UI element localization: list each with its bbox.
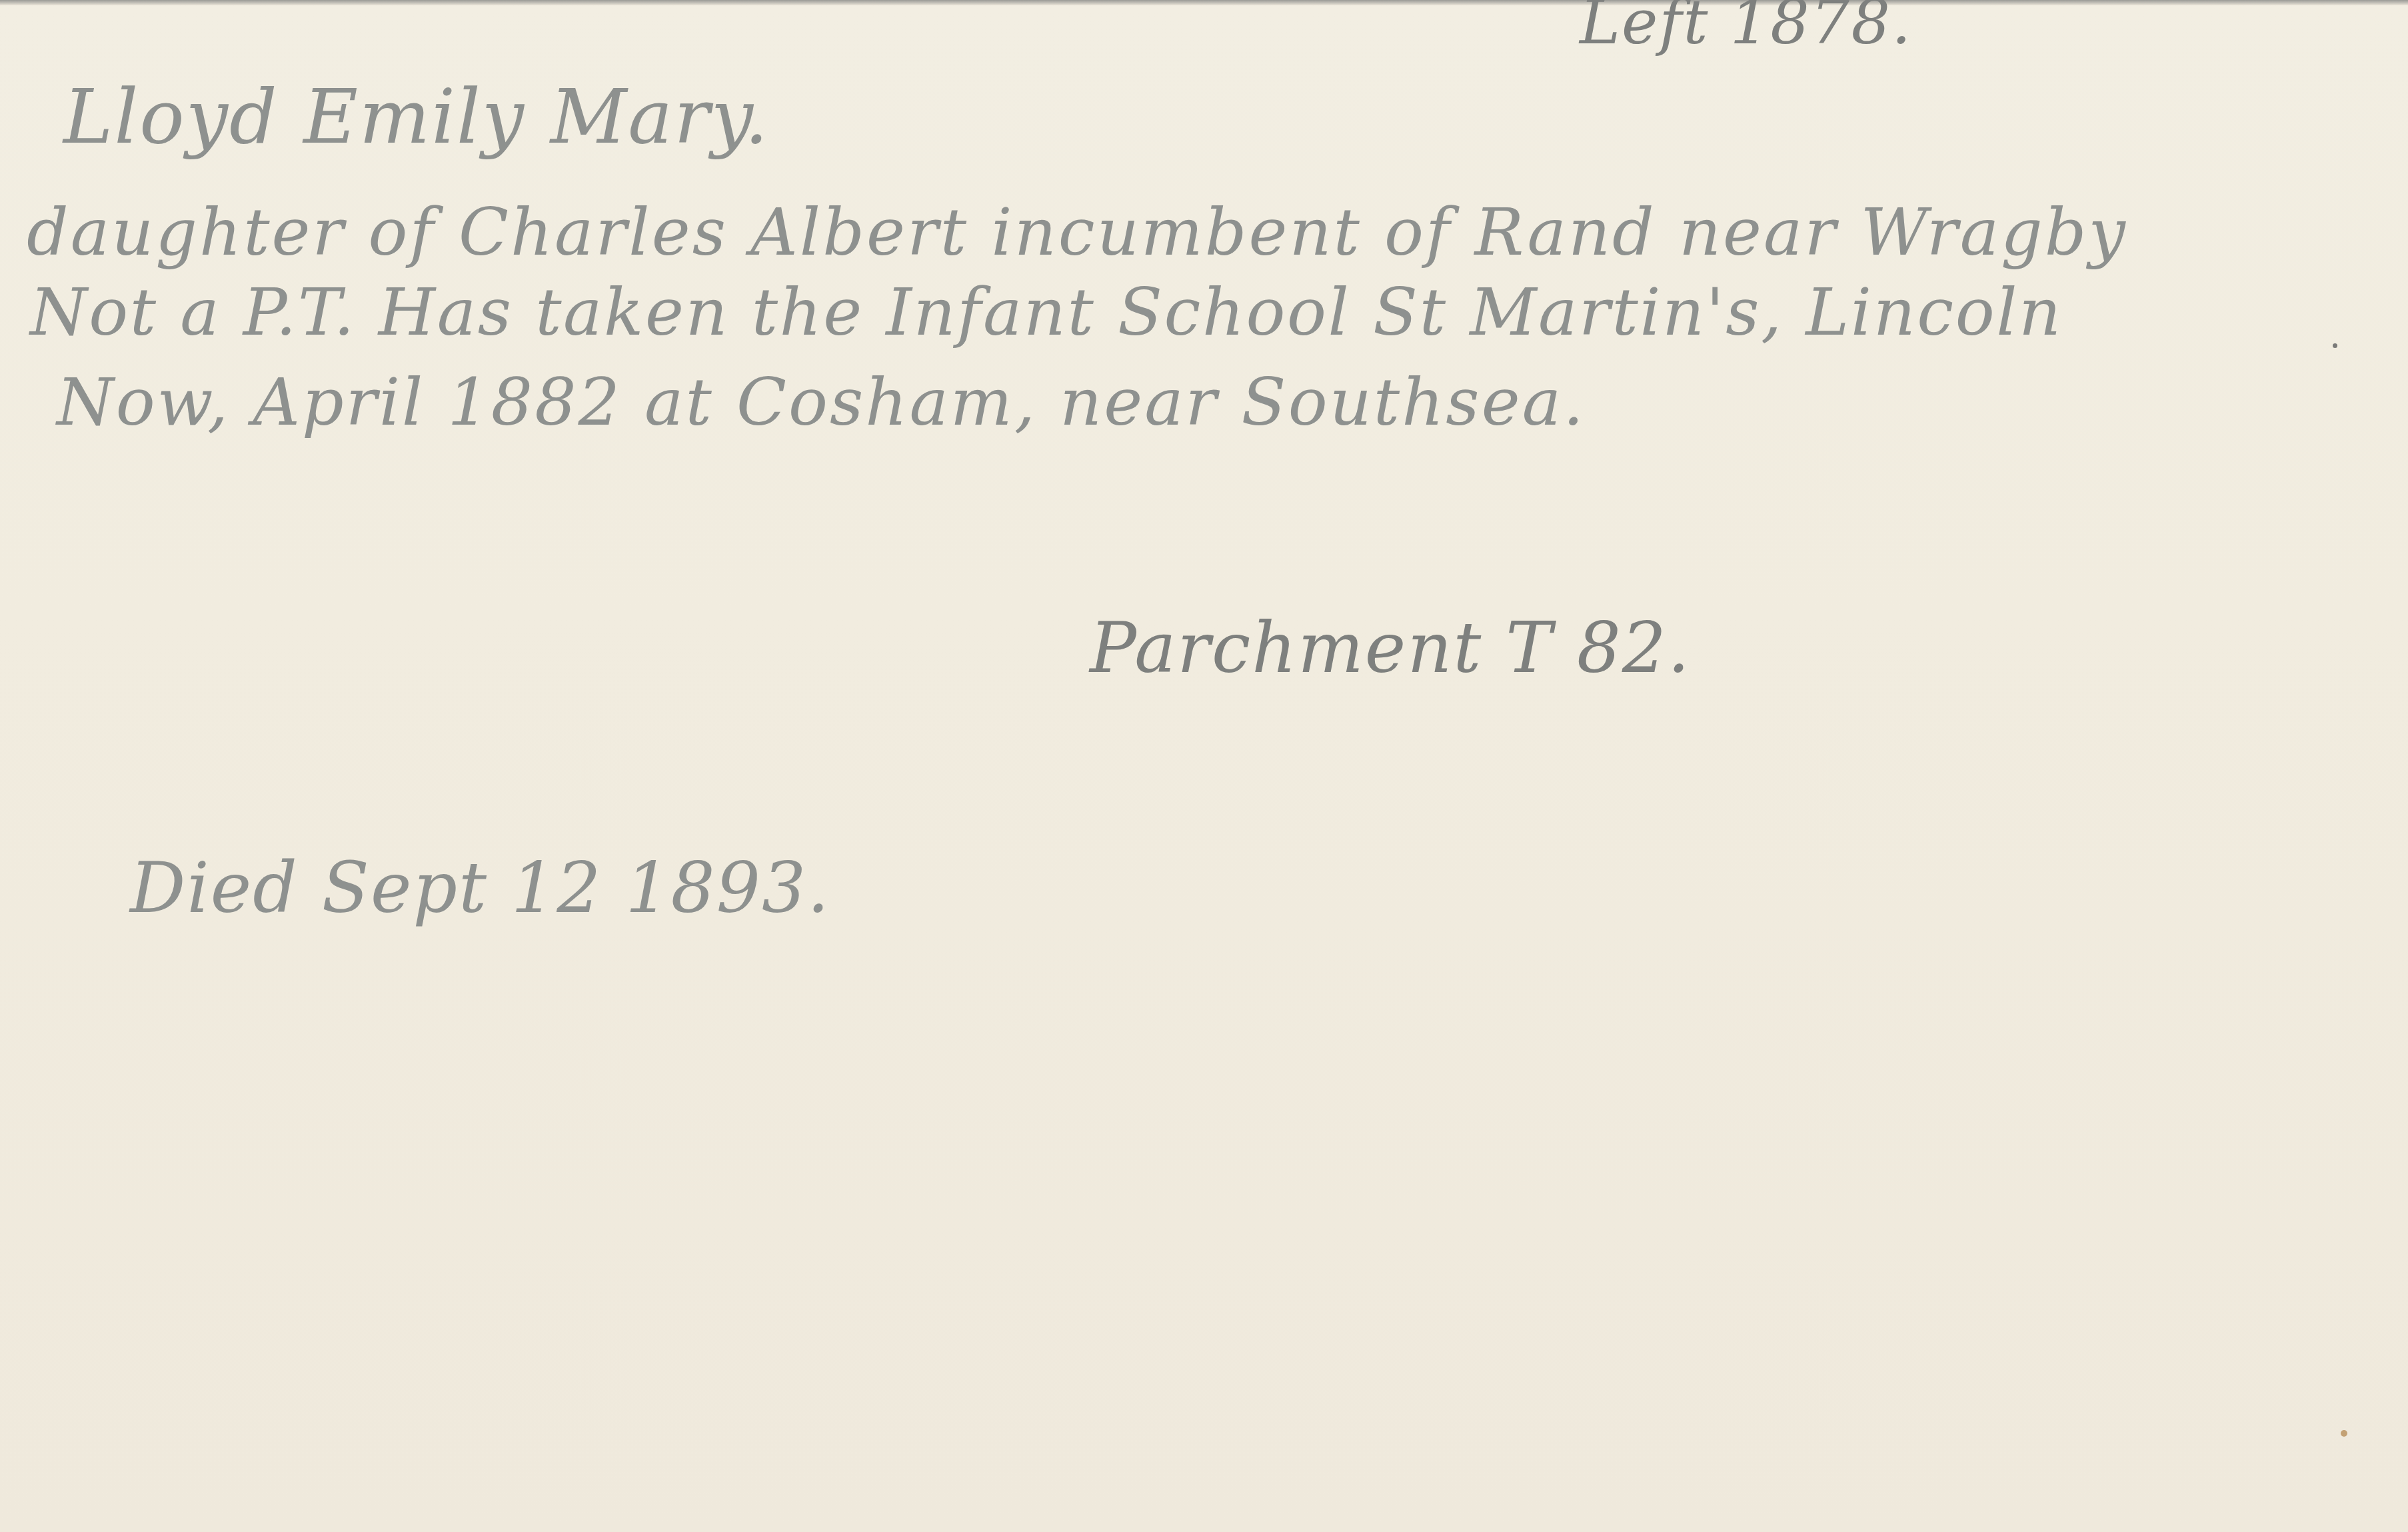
school-line: Not a P.T. Has taken the Infant School S… — [30, 280, 2063, 345]
stray-dot — [2333, 343, 2337, 348]
parentage-line: daughter of Charles Albert incumbent of … — [27, 200, 2127, 265]
name-line: Lloyd Emily Mary. — [63, 80, 770, 155]
certificate-note: Parchment T 82. — [1090, 613, 1691, 683]
card-top-edge — [0, 0, 2408, 5]
death-note: Died Sept 12 1893. — [130, 853, 830, 923]
paper-speck — [2341, 1430, 2347, 1437]
left-date-note: Left 1878. — [1580, 0, 1912, 53]
index-card: Left 1878. Lloyd Emily Mary. daughter of… — [0, 0, 2408, 1532]
location-line: Now, April 1882 at Cosham, near Southsea… — [57, 370, 1586, 435]
